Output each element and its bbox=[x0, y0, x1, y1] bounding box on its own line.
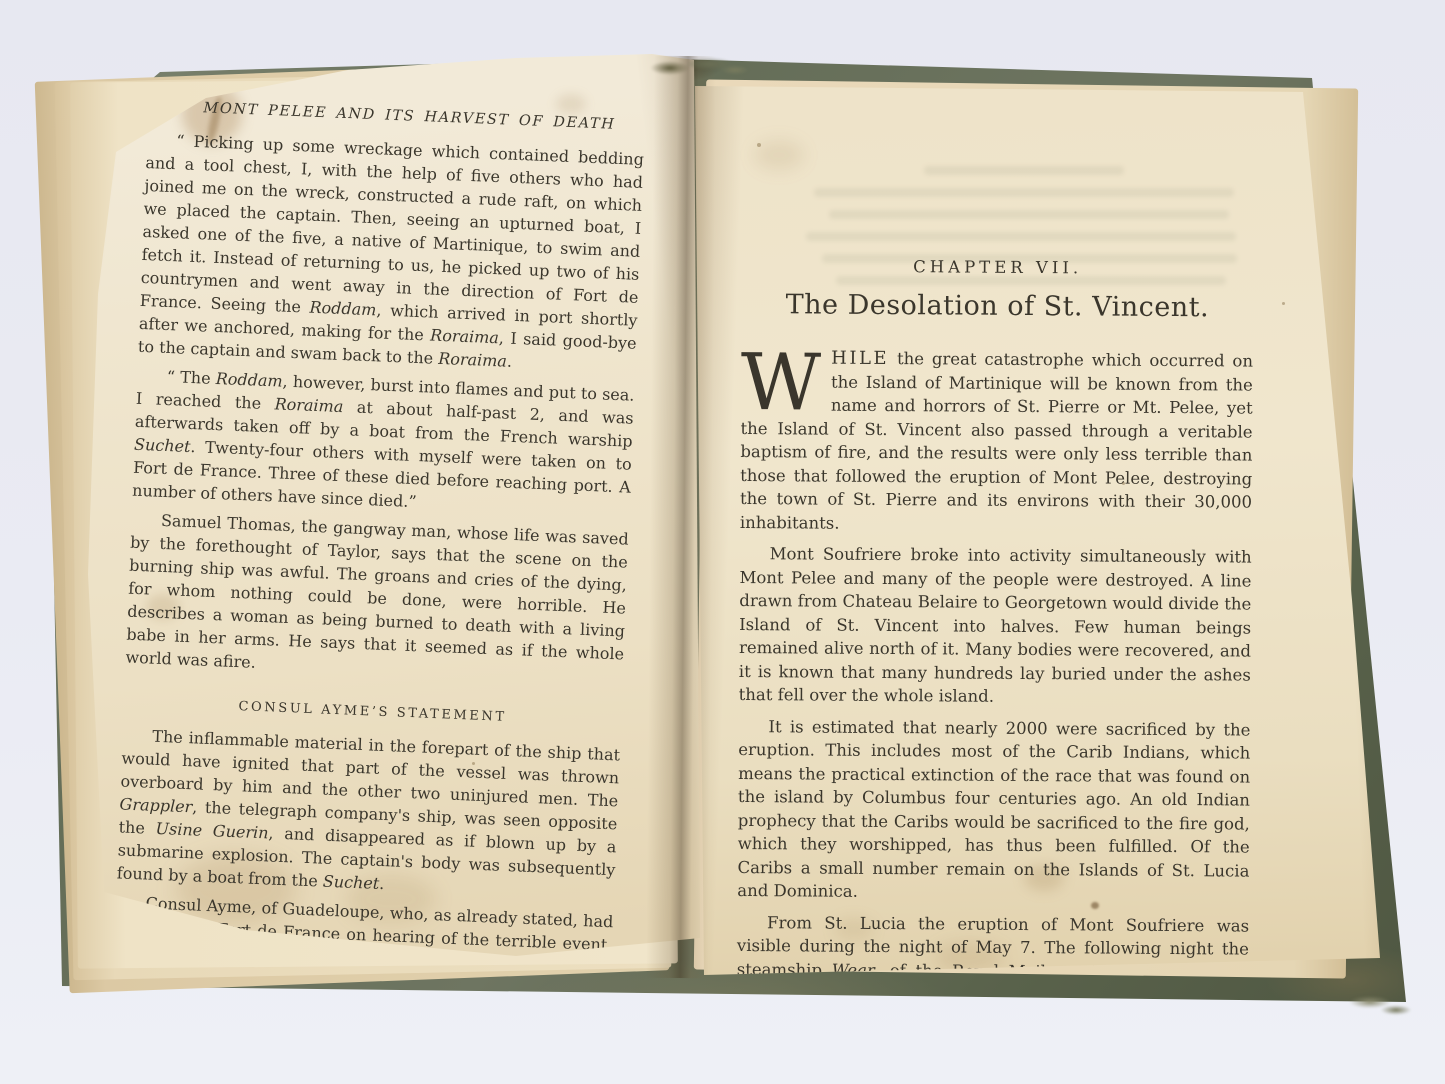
paragraph: The inflammable material in the forepart… bbox=[116, 723, 620, 904]
foxing-speck bbox=[757, 143, 761, 147]
show-through-text bbox=[924, 166, 1124, 175]
section-heading: CONSUL AYME’S STATEMENT bbox=[123, 695, 621, 730]
foxing-speck bbox=[472, 762, 475, 765]
stain bbox=[754, 140, 804, 170]
drop-cap: W bbox=[741, 346, 832, 416]
show-through-text bbox=[814, 188, 1234, 197]
paragraph: “ Picking up some wreckage which contain… bbox=[138, 128, 645, 378]
left-page-header: 90 MONT PELEE AND ITS HARVEST OF DEATH bbox=[147, 98, 645, 134]
left-page-text: “ Picking up some wreckage which contain… bbox=[113, 128, 644, 979]
right-page-text: WHILE the great catastrophe which occurr… bbox=[737, 346, 1254, 1008]
right-page: CHAPTER VII. The Desolation of St. Vince… bbox=[694, 80, 1384, 982]
left-page-content: 90 MONT PELEE AND ITS HARVEST OF DEATH “… bbox=[113, 98, 645, 979]
chapter-label: CHAPTER VII. bbox=[742, 256, 1254, 279]
paragraph: Mont Soufriere broke into activity simul… bbox=[739, 542, 1252, 710]
right-page-number: 175 bbox=[736, 1014, 1248, 1034]
left-page: 90 MONT PELEE AND ITS HARVEST OF DEATH “… bbox=[86, 54, 700, 968]
chapter-title: The Desolation of St. Vincent. bbox=[741, 289, 1253, 324]
running-header: MONT PELEE AND ITS HARVEST OF DEATH bbox=[203, 100, 616, 133]
lead-caps: HILE bbox=[831, 348, 889, 369]
foxing-speck bbox=[1282, 302, 1285, 305]
header-spacer bbox=[615, 129, 645, 130]
foxing-speck bbox=[1122, 482, 1125, 485]
paragraph: WHILE the great catastrophe which occurr… bbox=[740, 346, 1253, 538]
paragraph: Samuel Thomas, the gangway man, whose li… bbox=[125, 508, 629, 689]
right-page-content: CHAPTER VII. The Desolation of St. Vince… bbox=[736, 220, 1254, 1034]
paragraph: “ The Roddam, however, burst into flames… bbox=[132, 364, 635, 522]
stain bbox=[556, 94, 586, 114]
paragraph: It is estimated that nearly 2000 were sa… bbox=[737, 714, 1250, 906]
book-photo: 90 MONT PELEE AND ITS HARVEST OF DEATH “… bbox=[0, 0, 1445, 1084]
show-through-text bbox=[829, 210, 1229, 219]
gutter-shadow bbox=[646, 56, 716, 979]
